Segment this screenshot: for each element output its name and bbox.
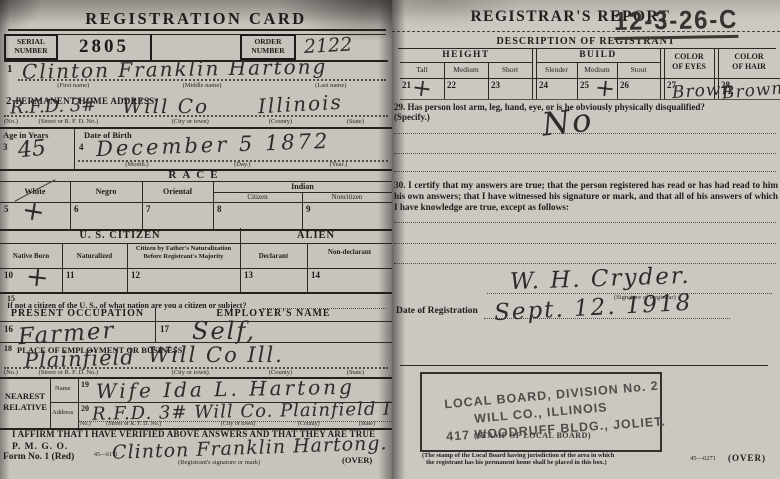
race-indian-citizen-label: Citizen [213,193,302,201]
nearest-relative-box: NEAREST RELATIVE Name Address 19 Wife Id… [0,377,392,430]
alien-header: ALIEN [240,230,392,241]
month-sublabel: (Month.) [78,161,196,168]
registrars-report: REGISTRAR'S REPORT 12-3-26-C DESCRIPTION… [392,0,780,479]
citizen-cell-10-number: 10 [4,270,13,280]
stamp-section-rule [400,365,768,366]
right-over-label: (OVER) [728,453,766,463]
height-header: HEIGHT [400,50,532,60]
slender-label: Slender [536,65,577,74]
short-label: Short [488,65,532,74]
q29-dotted-2 [394,153,776,154]
desc-div-hb1 [532,48,533,100]
field-20-number: 20 [81,404,89,413]
cell-22-number: 22 [447,80,456,90]
cell-24-number: 24 [539,80,548,90]
tall-check-mark: + [410,73,434,104]
certification-30-text: 30. I certify that my answers are true; … [394,180,778,213]
race-cell-7-number: 7 [146,204,151,214]
nearest-relative-header: NEAREST RELATIVE [0,391,50,412]
stamp-caption-line2: the registrant has his permanent home sh… [426,459,607,466]
father-naturalization-label: Citizen by Father's Naturalization Befor… [129,245,238,261]
stout-label: Stout [617,65,660,74]
serial-label-line2: NUMBER [14,47,47,56]
cell-21-number: 21 [402,80,411,90]
addr-state-sublabel: (State) [323,118,388,125]
registration-card-title: REGISTRATION CARD [0,9,392,29]
stamp-caption-line1: (The stamp of the Local Board having jur… [422,452,614,459]
registration-card: REGISTRATION CARD SERIAL NUMBER 2805 ORD… [0,0,392,479]
race-indian-label: Indian [213,182,392,191]
cell-26-number: 26 [620,80,629,90]
local-board-stamp-box: LOCAL BOARD, DIVISION No. 2 WILL CO., IL… [420,372,662,452]
citizenship-header-rule [0,243,392,244]
declarant-label: Declarant [240,252,307,260]
addr-street-sublabel: (Street or R. F. D. No.) [39,118,143,125]
right-print-code: 45—6271 [690,455,716,462]
race-white-check-mark: + [19,194,47,228]
rel-no-sublabel: (No.) [78,421,106,427]
rel-city-sublabel: (City or town) [200,421,275,427]
race-indian-noncitizen-label: Noncitizen [302,193,392,201]
us-citizen-header: U. S. CITIZEN [0,230,240,241]
color-of-eyes-header: COLOR OF EYES [664,52,714,73]
field-19-number: 19 [81,380,89,389]
cell-23-number: 23 [491,80,500,90]
middle-name-sublabel: (Middle name) [128,82,275,89]
race-white-label: White [0,187,70,196]
address-state-handwriting: Illinois [257,90,343,118]
race-negro-label: Negro [70,187,142,196]
nearest-label: NEAREST [5,391,45,401]
tall-label: Tall [400,65,444,74]
rel-street-sublabel: (Street or R. F. D. No.) [106,421,200,427]
field-17-number: 17 [160,324,169,334]
build-header-rule [536,62,660,63]
race-oriental-label: Oriental [142,187,213,196]
cert-dotted-2 [394,243,776,244]
age-handwriting: 45 [17,136,47,164]
race-cell-8-number: 8 [217,204,222,214]
field-1-number: 1 [7,63,13,75]
build-header: BUILD [536,50,660,60]
desc-div-be1 [660,48,661,100]
day-sublabel: (Day.) [196,161,289,168]
pmgo-label: P. M. G. O. [12,442,68,452]
serial-number-label: SERIAL NUMBER [4,34,58,60]
registration-date-handwriting: Sept. 12. 1918 [493,290,692,326]
race-cell-9-number: 9 [306,204,311,214]
field-3-number: 3 [3,142,8,152]
present-occupation-header: PRESENT OCCUPATION [0,308,155,319]
scanned-draft-registration-document: REGISTRATION CARD SERIAL NUMBER 2805 ORD… [0,0,780,479]
age-dob-box: Age in Years 3 45 Date of Birth 4 Decemb… [0,127,392,171]
race-cell-6-number: 6 [74,204,79,214]
color-of-hair-header: COLOR OF HAIR [718,52,780,73]
race-cell-5-number: 5 [4,204,9,214]
last-name-sublabel: (Last name) [276,82,386,89]
emp-street-sublabel: (Street or R. F. D. No.) [39,369,143,376]
name-sublabels: (First name) (Middle name) (Last name) [18,82,386,89]
race-header-rule [0,202,392,203]
date-of-registration-label: Date of Registration [396,306,478,316]
relative-address-label: Address [52,409,73,416]
description-table: HEIGHT BUILD COLOR OF EYES COLOR OF HAIR… [392,48,780,100]
first-name-sublabel: (First name) [18,82,128,89]
question-29-specify: (Specify.) [394,112,430,122]
address-dotted-line [4,115,388,117]
dob-sublabels: (Month.) (Day.) (Year.) [78,161,388,168]
employment-county-handwriting: Will Co Ill. [148,343,284,367]
cert-dotted-1 [394,222,776,223]
form-number-label: Form No. 1 (Red) [3,452,74,462]
employer-handwriting: Self, [192,317,256,345]
stamp-box-printed-label: (STAMP OF LOCAL BOARD) [474,431,591,440]
build-medium-check-mark: + [594,73,617,103]
citizen-alien-divider [240,228,241,292]
citizenship-subheader-rule [0,268,392,269]
q29-dotted-1 [394,133,776,134]
cert-dotted-3 [394,263,776,264]
emp-no-sublabel: (No.) [4,369,39,376]
non-declarant-label: Non-declarant [307,248,392,256]
relative-label: RELATIVE [3,402,47,412]
height-medium-label: Medium [444,65,488,74]
relative-label-divider [50,379,51,428]
citizen-cell-14-number: 14 [311,270,320,280]
relative-name-label: Name [55,385,71,392]
hair-header-line1: COLOR [734,52,763,61]
naturalized-label: Naturalized [62,252,127,260]
rel-county-sublabel: (County) [276,421,342,427]
stamp-code: 12-3-26-C [614,4,739,40]
native-born-check-mark: + [24,261,50,294]
address-sublabels: (No.) (Street or R. F. D. No.) (City or … [4,118,388,125]
addr-city-sublabel: (City or town) [142,118,238,125]
eyes-header-line1: COLOR [674,52,703,61]
citizenship-table: U. S. CITIZEN ALIEN Native Born Naturali… [0,228,392,294]
serial-number-value: 2805 [58,34,152,60]
addr-county-sublabel: (County) [238,118,322,125]
cell-25-number: 25 [580,80,589,90]
name-dotted-line [18,79,386,81]
citizen-cell-13-number: 13 [244,270,253,280]
height-header-rule [400,62,532,63]
employers-name-header: EMPLOYER'S NAME [155,308,392,319]
left-over-label: (OVER) [342,455,372,465]
desc-top-rule [398,48,776,49]
occupation-divider [155,308,156,342]
race-table: White Negro Oriental Indian Citizen Nonc… [0,181,392,231]
addr-no-sublabel: (No.) [4,118,39,125]
native-born-label: Native Born [0,252,62,260]
year-sublabel: (Year.) [289,161,388,168]
question-29-answer-handwriting: No [540,100,595,143]
hair-header-line2: OF HAIR [732,62,766,71]
citizen-cell-12-number: 12 [131,270,140,280]
field-18-number: 18 [4,344,12,353]
eyes-header-line2: OF EYES [672,62,706,71]
age-cell: Age in Years 3 45 [0,129,75,169]
race-header: RACE [0,169,392,181]
q29-dotted-3 [394,171,776,172]
field-4-number: 4 [79,142,84,152]
citizen-cell-11-number: 11 [66,270,75,280]
relative-sublabels: (No.) (Street or R. F. D. No.) (City or … [78,421,392,427]
field-16-number: 16 [4,324,13,334]
emp-city-sublabel: (City or town) [142,369,238,376]
rel-state-sublabel: (State) [342,421,392,427]
